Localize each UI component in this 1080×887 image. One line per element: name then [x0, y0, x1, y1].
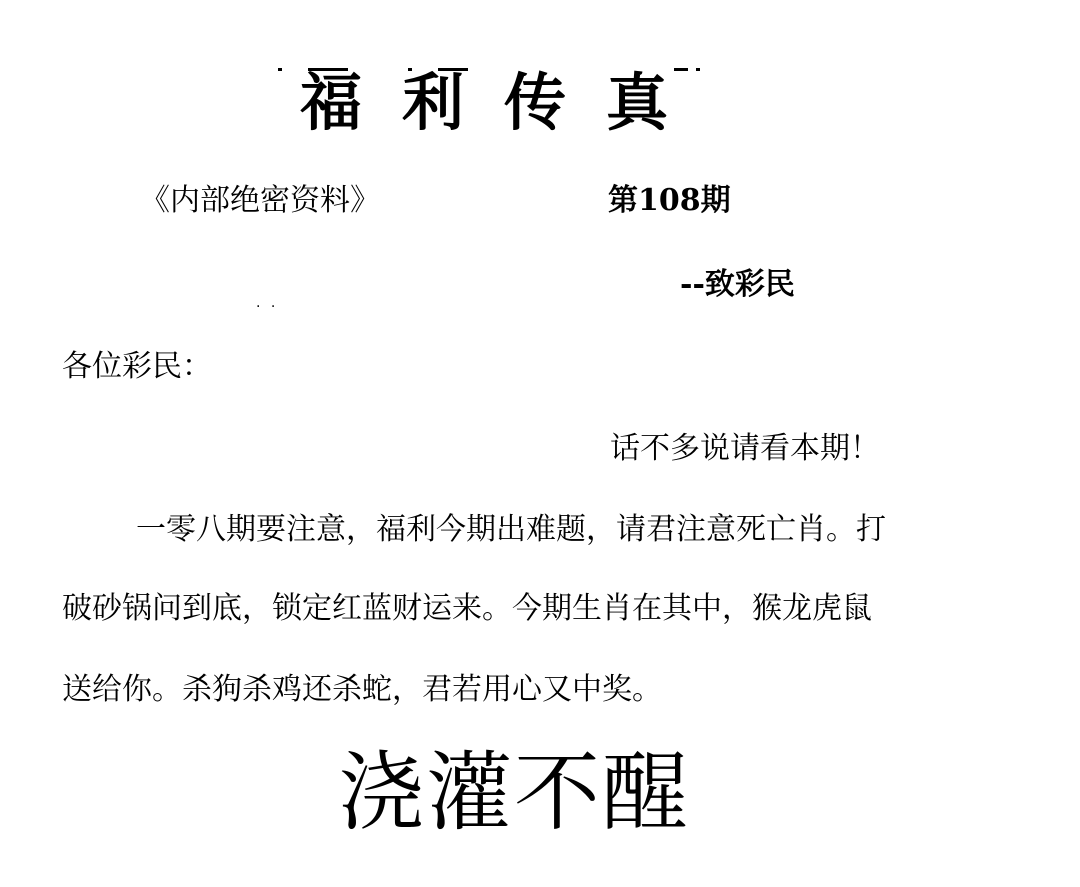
scan-dots: · ·: [256, 300, 278, 314]
body-line: 破砂锅问到底，锁定红蓝财运来。今期生肖在其中，猴龙虎鼠: [62, 594, 872, 624]
intro-line: 话不多说请看本期！: [610, 434, 880, 464]
slogan-heading: 浇灌不醒: [338, 750, 690, 836]
document-title: 福利传真: [300, 72, 708, 134]
greeting: 各位彩民：: [62, 352, 212, 382]
issue-number: 第108期: [608, 186, 731, 216]
dedication-line: --致彩民: [680, 270, 795, 300]
body-line: 送给你。杀狗杀鸡还杀蛇，君若用心又中奖。: [62, 675, 662, 705]
body-line: 一零八期要注意，福利今期出难题，请君注意死亡肖。打: [136, 515, 886, 545]
confidential-label: 《内部绝密资料》: [140, 186, 380, 216]
